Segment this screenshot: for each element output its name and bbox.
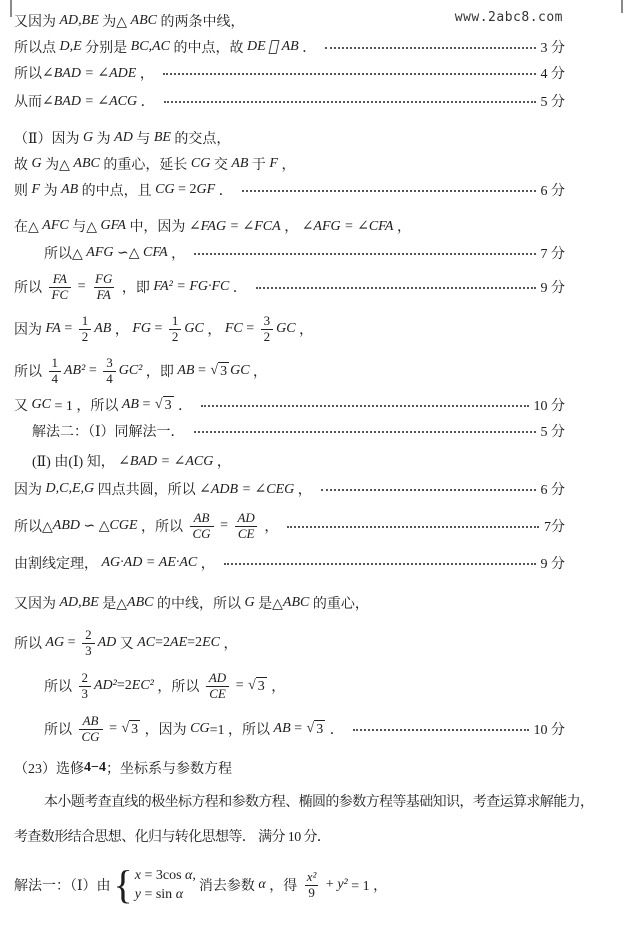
radical: √3 — [210, 362, 229, 381]
numerator: AB — [80, 714, 102, 729]
text: 为△ — [42, 154, 74, 174]
math-text: D,E — [60, 39, 82, 55]
doc-line: 因为 D,C,E,G 四点共圆，所以 ∠ADB = ∠CEG ，6 分 — [0, 476, 627, 502]
doc-line: 解法一：（Ⅰ）由{x = 3cos α,y = sin α消去参数 α ，得 x… — [0, 855, 627, 915]
dotted-leader — [353, 729, 529, 731]
text: ，所以 — [154, 676, 203, 696]
text: 又因为 — [14, 593, 60, 613]
math-text: FG — [132, 321, 151, 337]
doc-line: 所以∠BAD = ∠ADE ，4 分 — [0, 60, 627, 86]
dotted-leader — [194, 253, 535, 255]
dotted-leader — [287, 526, 539, 528]
denominator: 3 — [82, 643, 95, 659]
fraction: 12 — [79, 314, 92, 345]
fraction: 23 — [79, 671, 92, 702]
score-label: 7 分 — [541, 243, 566, 263]
dotted-leader — [194, 431, 536, 433]
math-text: y² — [337, 877, 347, 893]
text: =1 ，所以 — [210, 719, 274, 739]
math-text: CGE — [110, 518, 138, 534]
text: 所以△ — [44, 243, 86, 263]
text: + — [322, 877, 337, 893]
math-text: CG — [193, 526, 211, 541]
document-body: 又因为 AD,BE 为△ ABC 的两条中线，所以点 D,E 分别是 BC,AC… — [0, 8, 627, 915]
math-text: EC — [202, 635, 220, 651]
math-text: ∠BAD = ∠ACG — [42, 93, 137, 110]
math-text: CG — [155, 182, 174, 198]
text: ． — [215, 180, 233, 200]
dotted-leader — [242, 190, 536, 192]
fraction: 12 — [169, 314, 182, 345]
table-border-fragment-right — [621, 0, 623, 13]
radicand: 3 — [163, 396, 174, 415]
text: 的中点，且 — [78, 180, 155, 200]
numerator: FG — [92, 272, 115, 287]
text: = — [194, 363, 209, 379]
math-text: AD² — [94, 678, 117, 694]
text: 考查数形结合思想、化归与转化思想等． 满分 10 分． — [14, 826, 330, 846]
numerator: 1 — [49, 356, 62, 371]
text: 所以 — [14, 63, 42, 83]
fraction: 32 — [261, 314, 274, 345]
text: 所以 — [44, 676, 76, 696]
doc-line: 所以点 D,E 分别是 BC,AC 的中点，故 DEAB ．3 分 — [0, 34, 627, 60]
text: 是△ — [255, 593, 283, 613]
math-text: DE — [247, 39, 266, 55]
math-text: ABC — [127, 595, 153, 611]
numerator: 2 — [79, 671, 92, 686]
text: = sin — [141, 887, 176, 903]
numerator: 3 — [261, 314, 274, 329]
doc-line: 又因为 AD,BE 是△ABC 的中线，所以 G 是△ABC 的重心， — [0, 590, 627, 616]
doc-line: 因为 FA = 12AB ， FG = 12GC ， FC = 32GC ， — [0, 308, 627, 350]
math-text: α — [258, 877, 265, 893]
math-text: CG — [190, 721, 209, 737]
math-text: FA — [53, 271, 67, 286]
text: ，即 — [142, 361, 177, 381]
text: 1 — [52, 355, 59, 370]
score-label: 9 分 — [541, 553, 566, 573]
doc-line: 考查数形结合思想、化归与转化思想等． 满分 10 分． — [0, 823, 627, 849]
math-text: FC — [225, 321, 243, 337]
math-text: CG — [82, 729, 100, 744]
denominator: 4 — [49, 371, 62, 387]
math-text: AD,BE — [60, 595, 99, 611]
math-text: AD,BE — [60, 13, 99, 29]
text: ， — [294, 479, 312, 499]
text: ， — [261, 516, 279, 536]
doc-line: 所以△ABD ∽ △CGE ，所以 ABCG = ADCE ，7分 — [0, 505, 627, 547]
doc-line: 所以△ AFG ∽△ CFA ，7 分 — [0, 240, 627, 266]
text: 所以△ — [14, 516, 53, 536]
text: = 1 ， — [348, 875, 387, 895]
text: 所以 — [14, 633, 46, 653]
score-label: 5 分 — [541, 91, 566, 111]
score-label: 9 分 — [541, 277, 566, 297]
math-text: AC — [137, 635, 155, 651]
text: ，得 — [266, 875, 301, 895]
text: 从而 — [14, 91, 42, 111]
dotted-leader — [256, 287, 536, 289]
doc-line: (Ⅱ) 由(Ⅰ) 知， ∠BAD = ∠ACG ， — [0, 448, 627, 474]
math-text: ABC — [283, 595, 309, 611]
text: 四点共圆，所以 — [94, 479, 199, 499]
doc-line: 所以 ABCG = √3 ，因为 CG=1 ，所以 AB = √3 ．10 分 — [0, 708, 627, 750]
doc-line: 所以 FAFC = FGFA ，即 FA² = FG·FC ．9 分 — [0, 266, 627, 308]
denominator: CG — [190, 526, 214, 542]
radical-sign: √ — [121, 720, 129, 738]
math-text: G — [245, 595, 255, 611]
text: 的中线，所以 — [154, 593, 245, 613]
text: 4 — [106, 371, 113, 386]
math-text: ∠AFG = ∠CFA — [302, 218, 394, 235]
text: = — [243, 321, 258, 337]
text: 为 — [93, 128, 114, 148]
math-text: ∠BAD = ∠ADE — [42, 65, 136, 82]
text: 中，因为 — [126, 216, 189, 236]
text: 因为 — [14, 479, 46, 499]
text: = — [74, 279, 89, 295]
score-label: 7分 — [544, 516, 565, 536]
text: = 2 — [175, 182, 197, 198]
text: ， — [250, 361, 268, 381]
dotted-leader — [201, 405, 528, 407]
radical-sign: √ — [307, 720, 315, 738]
score-label: 5 分 — [541, 421, 566, 441]
math-text: AFC — [42, 218, 68, 234]
math-text: GC — [32, 397, 51, 413]
text: 3 — [220, 364, 227, 379]
doc-line: 所以 23AD²=2EC² ，所以 ADCE = √3 ， — [0, 665, 627, 707]
fraction: 14 — [49, 356, 62, 387]
doc-line: 则 F 为 AB 的中点，且 CG = 2GF ．6 分 — [0, 177, 627, 203]
doc-line: 由割线定理， AG·AD = AE·AC ，9 分 — [0, 550, 627, 576]
denominator: 3 — [79, 686, 92, 702]
math-text: AB² — [64, 363, 85, 379]
text: ． — [229, 277, 247, 297]
text: （Ⅱ）因为 — [14, 128, 83, 148]
text: ， — [268, 676, 286, 696]
text: 与 — [133, 128, 154, 148]
math-text: GC — [276, 321, 295, 337]
denominator: CE — [206, 686, 229, 702]
text: 的中点，故 — [170, 37, 247, 57]
text: 4−4 — [84, 760, 106, 776]
text: ∽ △ — [80, 518, 110, 535]
text: = — [106, 721, 121, 737]
text: ，即 — [118, 277, 153, 297]
text: = — [139, 397, 154, 413]
math-text: α — [185, 868, 192, 884]
radical-sign: √ — [155, 396, 163, 414]
math-text: F — [32, 182, 41, 198]
math-text: G — [83, 130, 93, 146]
fraction: ADCE — [234, 511, 257, 542]
dotted-leader — [164, 101, 536, 103]
math-text: AB — [282, 39, 299, 55]
text: 消去参数 — [199, 875, 259, 895]
denominator: 2 — [261, 329, 274, 345]
numerator: 2 — [82, 628, 95, 643]
fraction: x²9 — [304, 870, 320, 901]
dotted-leader — [325, 47, 535, 49]
text: 3 — [264, 313, 271, 328]
doc-line: 解法二：（Ⅰ）同解法一．5 分 — [0, 418, 627, 444]
cases-rows: x = 3cos α,y = sin α — [135, 868, 196, 903]
math-text: ∠ADB = ∠CEG — [199, 481, 294, 498]
text: 9 — [308, 885, 315, 900]
text: ∽△ — [114, 245, 144, 262]
doc-line: 所以 14AB² = 34GC² ，即 AB = √3GC ， — [0, 350, 627, 392]
score-label: 3 分 — [541, 37, 566, 57]
math-text: AD — [209, 670, 226, 685]
doc-line: （Ⅱ）因为 G 为 AD 与 BE 的交点， — [0, 125, 627, 151]
dotted-leader — [224, 563, 536, 565]
text: 所以 — [14, 277, 46, 297]
text: 的交点， — [171, 128, 231, 148]
math-text: GFA — [101, 218, 126, 234]
fraction: 34 — [103, 356, 116, 387]
math-text: AG — [46, 635, 65, 651]
text: 3 — [85, 643, 92, 658]
numerator: AD — [206, 671, 229, 686]
answer-sheet-page: www.2abc8.com 又因为 AD,BE 为△ ABC 的两条中线，所以点… — [0, 0, 627, 939]
cases-row: x = 3cos α, — [135, 868, 196, 884]
text: 解法一：（Ⅰ）由 — [14, 875, 111, 895]
text: 为△ — [99, 11, 131, 31]
math-text: ∠FAG = ∠FCA — [189, 218, 281, 235]
text: ， — [168, 243, 186, 263]
text: 故 — [14, 154, 32, 174]
numerator: 3 — [103, 356, 116, 371]
text: ． — [299, 37, 317, 57]
text: 的两条中线， — [157, 11, 245, 31]
denominator: FC — [49, 287, 72, 303]
text: 又 — [116, 633, 137, 653]
fraction: ADCE — [206, 671, 229, 702]
math-text: CE — [238, 526, 255, 541]
text: = — [217, 518, 232, 534]
radical: √3 — [155, 396, 174, 415]
math-text: AB — [194, 510, 210, 525]
text: 则 — [14, 180, 32, 200]
text: ， — [296, 319, 314, 339]
text: = — [232, 678, 247, 694]
text: = 3cos — [141, 868, 185, 884]
math-text: AB — [274, 721, 291, 737]
math-text: CE — [209, 686, 226, 701]
text: 解法二：（Ⅰ）同解法一． — [32, 421, 185, 441]
text: ；坐标系与参数方程 — [106, 758, 232, 778]
text: 又因为 — [14, 11, 60, 31]
text: 4 — [52, 371, 59, 386]
text: = 1 ，所以 — [51, 395, 122, 415]
score-label: 6 分 — [541, 479, 566, 499]
text: 的重心，延长 — [100, 154, 191, 174]
radical: √3 — [307, 720, 326, 739]
doc-line: 又 GC = 1 ，所以 AB = √3 ．10 分 — [0, 392, 627, 418]
radical: √3 — [121, 720, 140, 739]
text: 在△ — [14, 216, 42, 236]
numerator: 1 — [79, 314, 92, 329]
table-border-fragment-left — [10, 0, 12, 17]
text: ． — [137, 91, 155, 111]
text: 3 — [316, 722, 323, 737]
text: 2 — [264, 329, 271, 344]
text: 2 — [85, 627, 92, 642]
watermark-url: www.2abc8.com — [455, 10, 563, 25]
radicand: 3 — [256, 677, 267, 696]
text: ， — [220, 633, 238, 653]
text: ． — [175, 395, 193, 415]
radicand: 3 — [129, 720, 140, 739]
math-text: GC — [230, 363, 249, 379]
denominator: FA — [94, 287, 114, 303]
text: 1 — [82, 313, 89, 328]
text: 的重心， — [309, 593, 369, 613]
numerator: x² — [304, 870, 320, 885]
text: ． — [326, 719, 344, 739]
math-text: FA — [46, 321, 61, 337]
text: ， — [278, 154, 296, 174]
text: ，因为 — [141, 719, 190, 739]
text: ，所以 — [138, 516, 187, 536]
text: 由割线定理， — [14, 553, 102, 573]
denominator: CE — [235, 526, 258, 542]
fraction: FAFC — [49, 272, 72, 303]
text: 分别是 — [82, 37, 131, 57]
doc-line: （23）选修4−4；坐标系与参数方程 — [0, 755, 627, 781]
text: 本小题考查直线的极坐标方程和参数方程、椭圆的参数方程等基础知识，考查运算求解能力… — [44, 791, 593, 811]
math-text: AG·AD = AE·AC — [102, 555, 198, 571]
fraction: FGFA — [92, 272, 115, 303]
math-text: FG — [95, 271, 112, 286]
text: 为 — [40, 180, 61, 200]
text: 所以 — [44, 719, 76, 739]
score-label: 4 分 — [541, 63, 566, 83]
text: 3 — [82, 686, 89, 701]
text: , — [192, 868, 196, 884]
text: 所以 — [14, 361, 46, 381]
text: ， — [204, 319, 225, 339]
math-text: ∠BAD = ∠ACG — [118, 453, 213, 470]
text: = — [61, 321, 76, 337]
denominator: 4 — [103, 371, 116, 387]
text: 于 — [248, 154, 269, 174]
math-text: CG — [191, 156, 210, 172]
math-text: ABC — [131, 13, 157, 29]
score-label: 6 分 — [541, 180, 566, 200]
text: 与△ — [69, 216, 101, 236]
math-text: AFG — [86, 245, 113, 261]
text: ， — [213, 451, 231, 471]
math-text: EC² — [132, 678, 154, 694]
fraction: ABCG — [190, 511, 214, 542]
text: ， — [393, 216, 411, 236]
math-text: AB — [177, 363, 194, 379]
cases-group: {x = 3cos α,y = sin α — [114, 867, 196, 903]
math-text: F — [269, 156, 278, 172]
math-text: AD — [114, 130, 133, 146]
math-text: FA² = FG·FC — [153, 279, 229, 295]
fraction: ABCG — [79, 714, 103, 745]
text: 3 — [258, 679, 265, 694]
radicand: 3 — [218, 362, 229, 381]
text: 是△ — [99, 593, 127, 613]
text: 因为 — [14, 319, 46, 339]
text: ， — [111, 319, 132, 339]
text: ， — [281, 216, 302, 236]
numerator: AB — [191, 511, 213, 526]
doc-line: 本小题考查直线的极坐标方程和参数方程、椭圆的参数方程等基础知识，考查运算求解能力… — [0, 788, 627, 814]
denominator: 9 — [305, 885, 318, 901]
math-text: BE — [154, 130, 171, 146]
math-text: FA — [97, 287, 111, 302]
math-text: D,C,E,G — [46, 481, 95, 497]
text: 3 — [131, 722, 138, 737]
fraction: 23 — [82, 628, 95, 659]
text: = — [64, 635, 79, 651]
math-text: AB — [231, 156, 248, 172]
score-label: 10 分 — [534, 719, 566, 739]
radical: √3 — [248, 677, 267, 696]
math-text: CFA — [143, 245, 168, 261]
numerator: FA — [50, 272, 70, 287]
denominator: 2 — [79, 329, 92, 345]
math-text: AB — [94, 321, 111, 337]
math-text: AD — [237, 510, 254, 525]
math-text: AE — [170, 635, 187, 651]
text: ， — [197, 553, 215, 573]
math-text: ABD — [53, 518, 80, 534]
math-text: AB — [61, 182, 78, 198]
denominator: CG — [79, 729, 103, 745]
text: =2 — [187, 635, 202, 651]
text: = — [151, 321, 166, 337]
radical-sign: √ — [210, 362, 218, 380]
cases-row: y = sin α — [135, 887, 196, 903]
text: =2 — [155, 635, 170, 651]
text: 所以点 — [14, 37, 60, 57]
math-text: α — [176, 887, 183, 903]
math-text: AB — [83, 713, 99, 728]
math-text: GF — [197, 182, 216, 198]
math-text: AB — [122, 397, 139, 413]
text: 交 — [210, 154, 231, 174]
text: 2 — [172, 329, 179, 344]
math-text: AD — [98, 635, 117, 651]
numerator: AD — [234, 511, 257, 526]
denominator: 2 — [169, 329, 182, 345]
math-text: BC,AC — [131, 39, 170, 55]
text: (Ⅱ) 由(Ⅰ) 知， — [32, 451, 118, 471]
math-text: ABC — [73, 156, 99, 172]
text: ， — [136, 63, 154, 83]
text: （23）选修 — [14, 758, 84, 778]
dotted-leader — [163, 73, 536, 75]
text: = — [291, 721, 306, 737]
radical-sign: √ — [248, 677, 256, 695]
parallel-symbol-box — [268, 40, 279, 54]
text: 3 — [106, 355, 113, 370]
radicand: 3 — [314, 720, 325, 739]
math-text: GC — [184, 321, 203, 337]
doc-line: 从而∠BAD = ∠ACG ．5 分 — [0, 88, 627, 114]
text: 3 — [165, 398, 172, 413]
text: 2 — [82, 329, 89, 344]
doc-line: 在△ AFC 与△ GFA 中，因为 ∠FAG = ∠FCA ， ∠AFG = … — [0, 213, 627, 239]
text: 2 — [82, 670, 89, 685]
